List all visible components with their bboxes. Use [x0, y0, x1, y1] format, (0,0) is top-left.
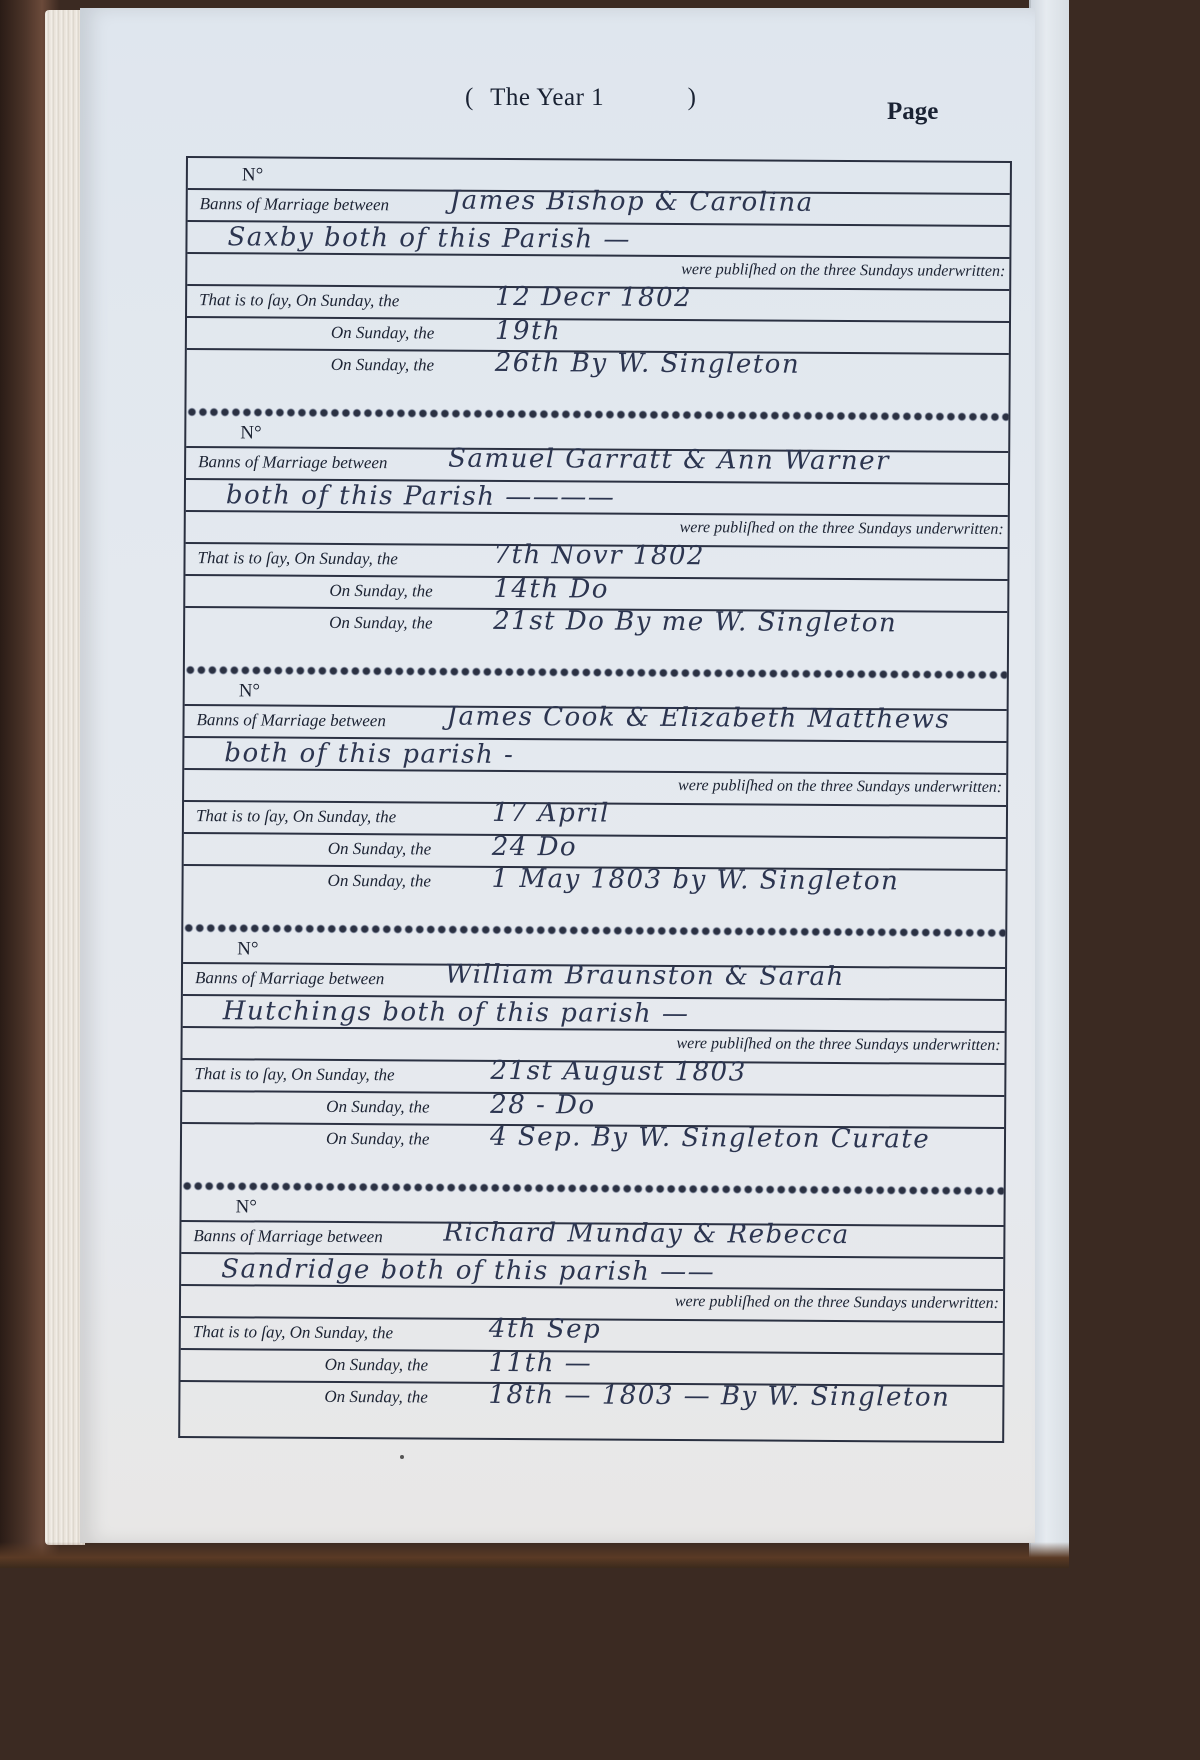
third-sunday-date: 21st Do By me W. Singleton	[493, 606, 897, 638]
page-stack-edge	[45, 10, 85, 1545]
published-label: were publiſhed on the three Sundays unde…	[681, 261, 1005, 281]
second-sunday-date: 19th	[495, 316, 561, 346]
banns-register-table: N° Banns of Marriage between James Bisho…	[178, 156, 1012, 1443]
names-line-2: Saxby both of this Parish —	[227, 222, 631, 254]
banns-label: Banns of Marriage between	[196, 710, 385, 731]
entry-number-label: N°	[239, 680, 260, 702]
names-line-2: both of this Parish ————	[226, 480, 616, 512]
third-sunday-label: On Sunday, the	[324, 1387, 428, 1408]
first-sunday-label: That is to ſay, On Sunday, the	[196, 806, 396, 827]
published-label: were publiſhed on the three Sundays unde…	[678, 777, 1002, 797]
facing-page-edge	[1029, 0, 1069, 1568]
third-sunday-date: 4 Sep. By W. Singleton Curate	[490, 1122, 930, 1155]
third-sunday-label: On Sunday, the	[329, 613, 433, 634]
ruled-line	[187, 316, 1009, 323]
first-sunday-label: That is to ſay, On Sunday, the	[194, 1064, 394, 1085]
entry-number-label: N°	[240, 422, 261, 444]
third-sunday-label: On Sunday, the	[326, 1129, 430, 1150]
banns-entry: N° Banns of Marriage between James Bisho…	[186, 158, 1010, 421]
running-head-text: The Year 1	[490, 84, 604, 111]
third-sunday-label: On Sunday, the	[328, 871, 432, 892]
banns-label: Banns of Marriage between	[193, 1226, 382, 1247]
ink-dot	[400, 1455, 404, 1459]
names-line-1: James Cook & Elizabeth Matthews	[446, 702, 950, 735]
published-label: were publiſhed on the three Sundays unde…	[675, 1293, 999, 1313]
third-sunday-date: 26th By W. Singleton	[495, 348, 801, 380]
second-sunday-label: On Sunday, the	[326, 1097, 430, 1118]
third-sunday-date: 18th — 1803 — By W. Singleton	[488, 1380, 950, 1413]
first-sunday-date: 17 April	[492, 798, 610, 829]
first-sunday-date: 12 Decr 1802	[495, 282, 692, 313]
published-label: were publiſhed on the three Sundays unde…	[676, 1035, 1000, 1055]
first-sunday-date: 4th Sep	[489, 1314, 602, 1345]
entry-number-label: N°	[242, 164, 263, 186]
names-line-2: Sandridge both of this parish ——	[221, 1254, 715, 1287]
ruled-line	[184, 832, 1006, 839]
second-sunday-date: 14th Do	[493, 574, 609, 605]
third-sunday-label: On Sunday, the	[331, 355, 435, 376]
table-surface	[0, 1542, 1069, 1568]
second-sunday-label: On Sunday, the	[328, 839, 432, 860]
second-sunday-label: On Sunday, the	[329, 581, 433, 602]
banns-label: Banns of Marriage between	[200, 194, 389, 215]
second-sunday-label: On Sunday, the	[325, 1355, 429, 1376]
banns-entry: N° Banns of Marriage between Samuel Garr…	[185, 416, 1009, 679]
first-sunday-label: That is to ſay, On Sunday, the	[193, 1322, 393, 1343]
first-sunday-date: 21st August 1803	[490, 1056, 746, 1088]
second-sunday-date: 28 - Do	[490, 1090, 596, 1121]
names-line-2: both of this parish -	[224, 738, 514, 770]
second-sunday-date: 24 Do	[492, 832, 578, 863]
first-sunday-label: That is to ſay, On Sunday, the	[199, 290, 399, 311]
first-sunday-date: 7th Novr 1802	[493, 540, 705, 571]
ruled-line	[184, 768, 1006, 775]
names-line-1: Richard Munday & Rebecca	[443, 1218, 849, 1250]
running-head-paren-open: (	[465, 84, 474, 111]
names-line-1: William Braunston & Sarah	[445, 960, 845, 992]
entry-number-label: N°	[237, 938, 258, 960]
names-line-1: Samuel Garratt & Ann Warner	[448, 444, 890, 477]
page-number-label: Page	[887, 98, 938, 126]
running-head: ( The Year 1 )	[465, 84, 696, 112]
names-line-2: Hutchings both of this parish —	[223, 996, 690, 1029]
first-sunday-label: That is to ſay, On Sunday, the	[197, 548, 397, 569]
published-label: were publiſhed on the three Sundays unde…	[680, 519, 1004, 539]
second-sunday-label: On Sunday, the	[331, 323, 435, 344]
running-head-paren-close: )	[688, 84, 697, 111]
banns-entry: N° Banns of Marriage between Richard Mun…	[180, 1190, 1004, 1453]
second-sunday-date: 11th —	[489, 1348, 593, 1379]
banns-entry: N° Banns of Marriage between James Cook …	[183, 674, 1007, 937]
third-sunday-date: 1 May 1803 by W. Singleton	[491, 864, 899, 896]
banns-label: Banns of Marriage between	[198, 452, 387, 473]
entry-number-label: N°	[236, 1196, 257, 1218]
banns-entry: N° Banns of Marriage between William Bra…	[182, 932, 1006, 1195]
banns-label: Banns of Marriage between	[195, 968, 384, 989]
names-line-1: James Bishop & Carolina	[450, 186, 814, 218]
